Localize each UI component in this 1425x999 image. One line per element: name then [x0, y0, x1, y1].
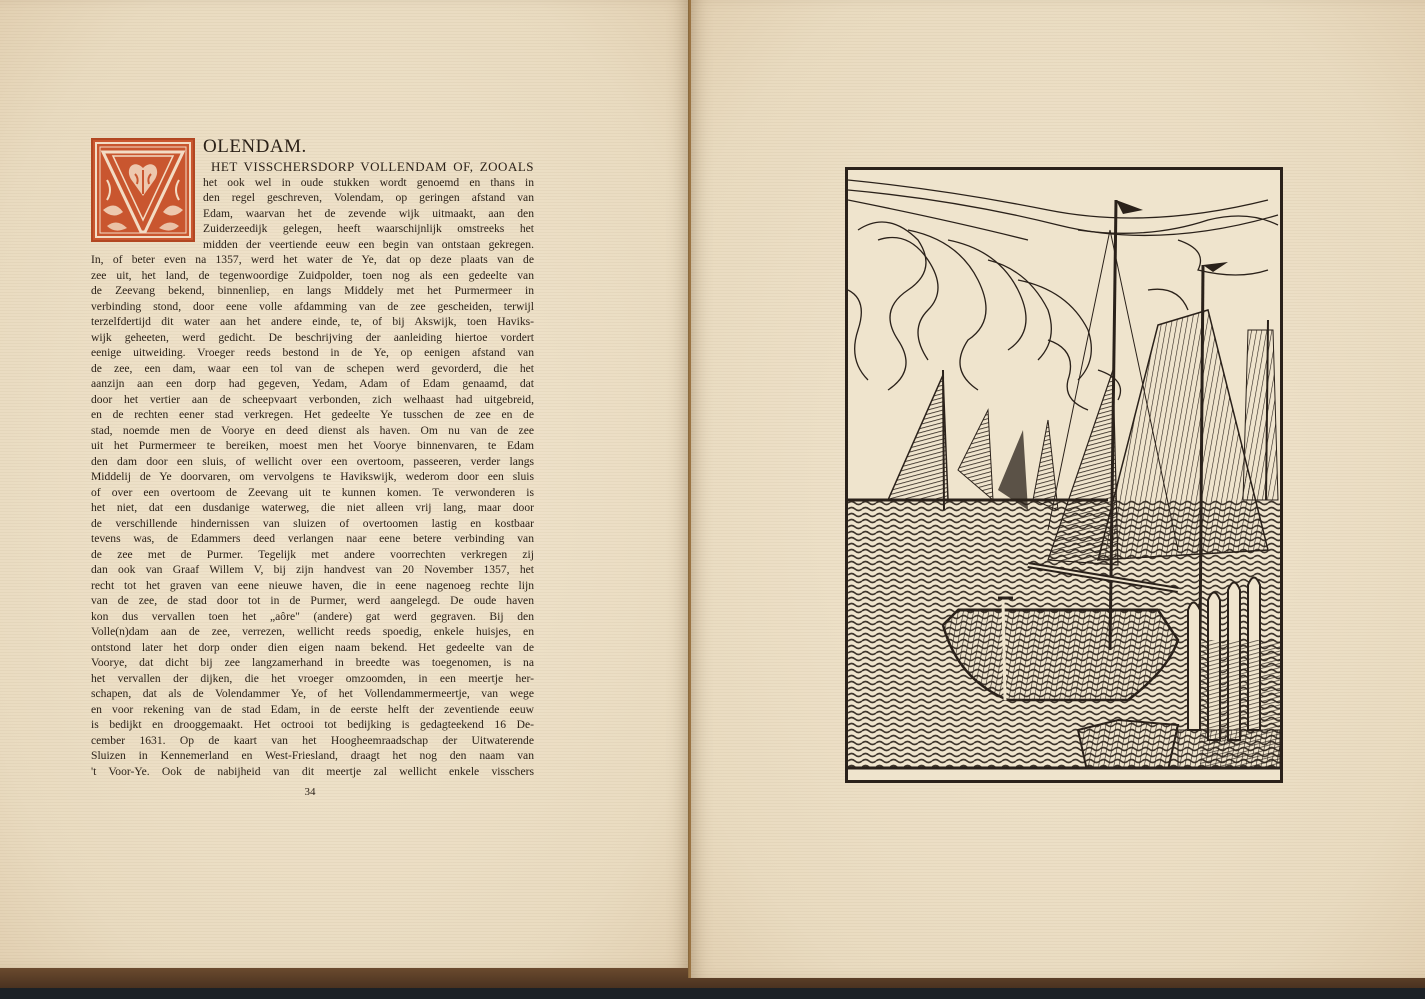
text-line: of over een overtoom de Zeevang uit te k… [91, 485, 534, 501]
text-line: eenige uitweiding. Vroeger reeds bestond… [91, 345, 534, 361]
text-line: Volle(n)dam aan de zee, verrezen, wellic… [91, 624, 534, 640]
decorated-initial-v [91, 138, 195, 242]
text-line: aanzijn aan een dorp had gegeven, Yedam,… [91, 376, 534, 392]
text-line: dan ook van Graaf Willem V, bij zijn han… [91, 562, 534, 578]
text-line: uit het Purmermeer te bereiken, moest me… [91, 438, 534, 454]
woodcut-illustration [845, 167, 1283, 783]
text-line: de zee, een dam, waar een tol van de sch… [91, 361, 534, 377]
text-line: is bedijkt en drooggemaakt. Het octrooi … [91, 717, 534, 733]
text-line: recht tot het graven van eene nieuwe hav… [91, 578, 534, 594]
text-line: door het vertier aan de scheepvaart verb… [91, 392, 534, 408]
text-line: wijk geheeten, werd gedicht. De beschrij… [91, 330, 534, 346]
text-line: tevens was, de Edammers deed verlangen n… [91, 531, 534, 547]
text-line: den dam door een sluis, of wellicht over… [91, 454, 534, 470]
text-line: ontstond later het dorp onder dien eigen… [91, 640, 534, 656]
harbor-boats-icon [848, 170, 1280, 780]
text-line: en de rechten eener stad verkregen. Het … [91, 407, 534, 423]
left-page: OLENDAM. HET VISSCHERSDORP VOLLENDAM OF,… [0, 0, 688, 968]
text-line: zee uit, het land, de tegenwoordige Zuid… [91, 268, 534, 284]
text-line: schapen, dat als de Volendammer Ye, of h… [91, 686, 534, 702]
book-gutter [689, 0, 691, 978]
text-line: In, of beter even na 1357, werd het wate… [91, 252, 534, 268]
text-line: Sluizen in Kennemerland en West-Frieslan… [91, 748, 534, 764]
page-number: 34 [290, 786, 330, 798]
text-line: stad, noemde men de Voorye en deed diens… [91, 423, 534, 439]
text-line: kon dus vervallen toen het „aôre" (ander… [91, 609, 534, 625]
text-line: terzelfdertijd dit water aan het andere … [91, 314, 534, 330]
ornamental-v-icon [93, 140, 193, 240]
article-text: OLENDAM. HET VISSCHERSDORP VOLLENDAM OF,… [91, 136, 534, 779]
text-line: Middelij de Ye doorvaren, om vervolgens … [91, 469, 534, 485]
text-line: de verschillende hindernissen van sluize… [91, 516, 534, 532]
text-line: het niet, dat een dusdanige waterweg, di… [91, 500, 534, 516]
text-line: en voor rekening van de stad Edam, in de… [91, 702, 534, 718]
text-line: het vervallen der dijken, die het vroege… [91, 671, 534, 687]
text-line: de Zeevang bekend, binnenliep, en langs … [91, 283, 534, 299]
text-line: verbinding stond, door eene volle afdamm… [91, 299, 534, 315]
text-line: de zee met de Purmer. Tegelijk met ander… [91, 547, 534, 563]
text-line: van de zee, de stad door tot in de Purme… [91, 593, 534, 609]
text-line: 't Voor-Ye. Ook de nabijheid van dit mee… [91, 764, 534, 780]
text-line: cember 1631. Op de kaart van het Hooghee… [91, 733, 534, 749]
open-book: OLENDAM. HET VISSCHERSDORP VOLLENDAM OF,… [0, 0, 1425, 999]
text-line: Voorye, dat dicht bij zee langzamerhand … [91, 655, 534, 671]
